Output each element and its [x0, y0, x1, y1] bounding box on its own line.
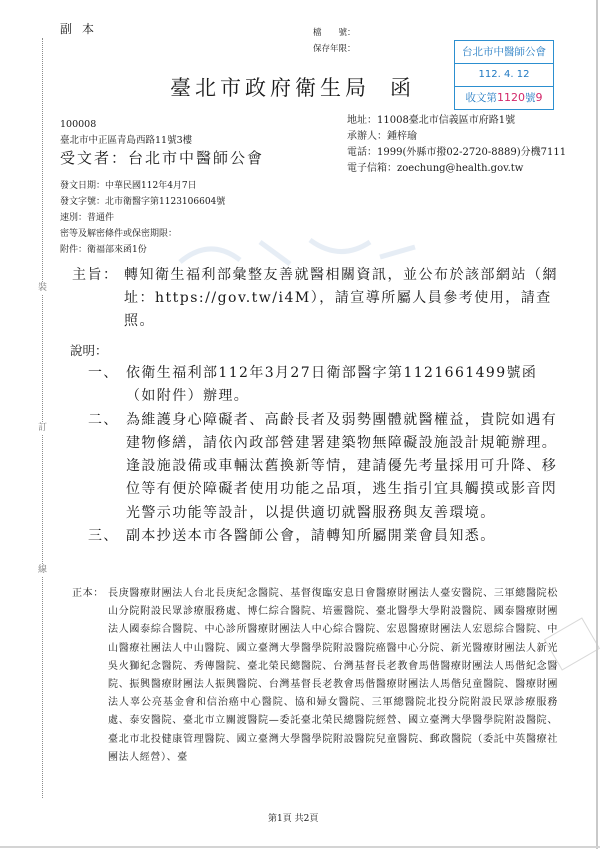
explanation-item-number: 三、: [88, 525, 119, 548]
issue-date-label: 發文日期：: [60, 181, 105, 191]
explanation-list: 一、 依衛生福利部112年3月27日衛部醫字第1121661499號函（如附件）…: [88, 362, 568, 548]
stamp-receipt-handwritten-extra: 9: [536, 91, 543, 104]
stamp-receipt-suffix: 號: [525, 92, 536, 104]
issue-info: 發文日期：中華民國112年4月7日 發文字號：北市衛醫字第1123106604號…: [60, 178, 225, 258]
explanation-item-text: 為維護身心障礙者、高齡長者及弱勢團體就醫權益，貴院如遇有建物修繕，請依內政部營建…: [126, 412, 557, 521]
document-title: 臺北市政府衛生局: [170, 72, 370, 102]
stamp-date: 112. 4. 12: [455, 64, 553, 87]
stamp-receipt-prefix: 收文第: [466, 92, 498, 104]
explanation-item: 三、 副本抄送本市各醫師公會，請轉知所屬開業會員知悉。: [88, 525, 568, 548]
issue-ref: 發文字號：北市衛醫字第1123106604號: [60, 194, 225, 210]
contact-email-value: zoechung@health.gov.tw: [397, 161, 523, 177]
explanation-label: 說明：: [70, 341, 108, 359]
subject-label: 主旨：: [72, 264, 119, 287]
recipient-name: 台北市中醫師公會: [128, 149, 264, 167]
explanation-item: 一、 依衛生福利部112年3月27日衛部醫字第1121661499號函（如附件）…: [88, 362, 568, 409]
binding-mark: 訂: [36, 422, 49, 434]
issue-secrecy: 密等及解密條件或保密期限：: [60, 226, 225, 242]
stamp-organization: 台北市中醫師公會: [455, 41, 553, 64]
stamp-receipt-handwritten-number: 1120: [497, 91, 525, 104]
issue-speed: 速別：普通件: [60, 210, 225, 226]
page-edge-right: [596, 0, 598, 849]
binding-line: [42, 38, 43, 798]
page-number: 第1頁 共2頁: [268, 811, 318, 824]
document-type: 函: [390, 72, 411, 102]
contact-address-label: 地址：: [347, 113, 377, 129]
carbon-copy-recipients: 長庚醫療財團法人台北長庚紀念醫院、基督復臨安息日會醫療財團法人臺安醫院、三軍總醫…: [72, 585, 558, 767]
issue-ref-label: 發文字號：: [60, 197, 105, 207]
copy-type-label: 副本: [60, 20, 104, 37]
contact-phone-value: 1999(外縣市撥02-2720-8889)分機7111: [377, 145, 566, 161]
issue-ref-value: 北市衛醫字第1123106604號: [105, 197, 225, 207]
explanation-item-number: 二、: [88, 409, 119, 432]
recipient-label: 受文者：: [60, 149, 128, 167]
issue-date: 發文日期：中華民國112年4月7日: [60, 178, 225, 194]
recipient-line: 受文者：台北市中醫師公會: [60, 147, 264, 168]
subject-text: 轉知衛生福利部彙整友善就醫相關資訊，並公布於該部網站（網址：https://go…: [72, 264, 562, 333]
received-stamp: 台北市中醫師公會 112. 4. 12 收文第1120號9: [454, 40, 554, 110]
explanation-item-text: 副本抄送本市各醫師公會，請轉知所屬開業會員知悉。: [126, 528, 496, 544]
retention-period-label: 保存年限：: [313, 42, 356, 54]
contact-address: 地址：11008臺北市信義區市府路1號: [347, 113, 567, 129]
contact-email: 電子信箱：zoechung@health.gov.tw: [347, 161, 567, 177]
issue-attachment: 附件：衛福部來函1份: [60, 242, 225, 258]
recipient-address-block: 100008 臺北市中正區青島西路11號3樓: [60, 117, 192, 149]
postal-code: 100008: [60, 117, 192, 133]
contact-phone: 電話：1999(外縣市撥02-2720-8889)分機7111: [347, 145, 567, 161]
binding-mark: 裝: [36, 282, 49, 294]
contact-phone-label: 電話：: [347, 145, 377, 161]
issue-attachment-value: 衛福部來函1份: [87, 245, 147, 255]
subject-section: 主旨： 轉知衛生福利部彙整友善就醫相關資訊，並公布於該部網站（網址：https:…: [72, 264, 562, 333]
carbon-copy-section: 正本： 長庚醫療財團法人台北長庚紀念醫院、基督復臨安息日會醫療財團法人臺安醫院、…: [72, 585, 558, 767]
explanation-item-text: 依衛生福利部112年3月27日衛部醫字第1121661499號函（如附件）辦理。: [126, 365, 537, 404]
file-number-label: 檔 號：: [313, 26, 356, 38]
contact-handler: 承辦人：鍾梓瑜: [347, 129, 567, 145]
stamp-receipt-number: 收文第1120號9: [455, 87, 553, 109]
issue-speed-value: 普通件: [87, 213, 114, 223]
explanation-item-number: 一、: [88, 362, 119, 385]
issue-secrecy-label: 密等及解密條件或保密期限：: [60, 229, 177, 239]
page-edge-bottom: [0, 846, 600, 848]
issue-attachment-label: 附件：: [60, 245, 87, 255]
contact-handler-label: 承辦人：: [347, 129, 387, 145]
explanation-item: 二、 為維護身心障礙者、高齡長者及弱勢團體就醫權益，貴院如遇有建物修繕，請依內政…: [88, 409, 568, 525]
contact-handler-value: 鍾梓瑜: [387, 129, 417, 145]
carbon-copy-label: 正本：: [72, 585, 104, 603]
issue-date-value: 中華民國112年4月7日: [105, 181, 197, 191]
contact-address-value: 11008臺北市信義區市府路1號: [377, 113, 515, 129]
binding-mark: 線: [36, 564, 49, 576]
contact-info: 地址：11008臺北市信義區市府路1號 承辦人：鍾梓瑜 電話：1999(外縣市撥…: [347, 113, 567, 177]
contact-email-label: 電子信箱：: [347, 161, 397, 177]
issue-speed-label: 速別：: [60, 213, 87, 223]
